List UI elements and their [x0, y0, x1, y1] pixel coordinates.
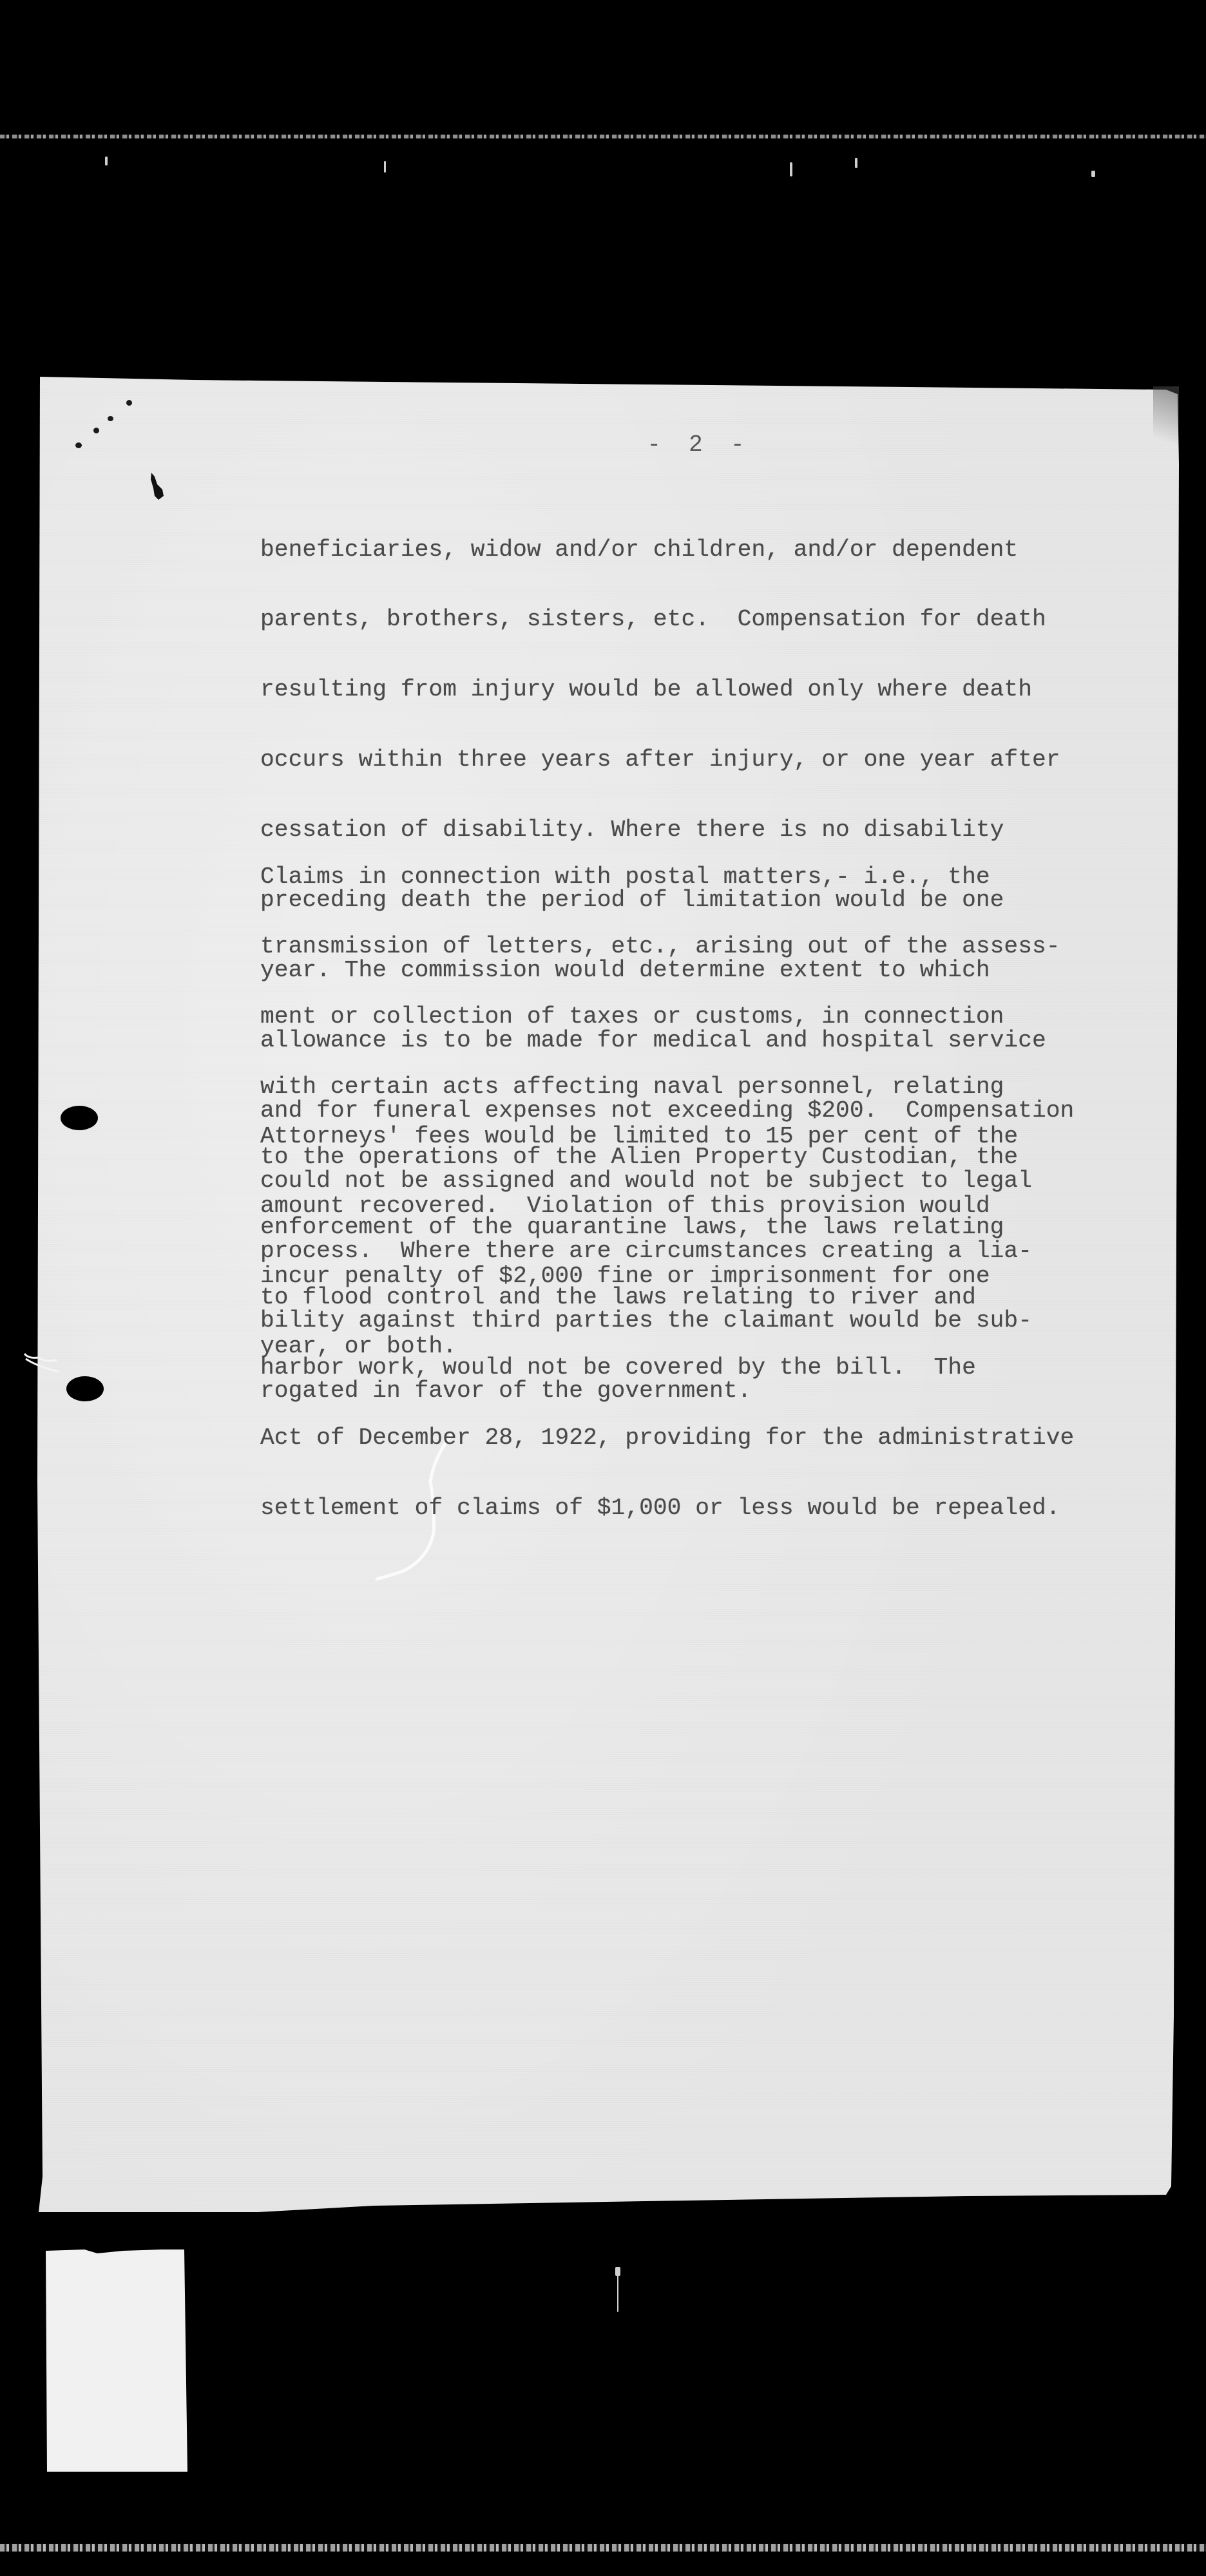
- text-line: resulting from injury would be allowed o…: [260, 678, 1074, 701]
- text-line: amount recovered. Violation of this prov…: [260, 1195, 1018, 1218]
- scratch-mark: [19, 1352, 64, 1378]
- text-line: ment or collection of taxes or customs, …: [260, 1005, 1074, 1028]
- text-line: beneficiaries, widow and/or children, an…: [260, 538, 1074, 562]
- text-line: Attorneys' fees would be limited to 15 p…: [260, 1125, 1018, 1148]
- dust-speck: [105, 156, 108, 166]
- dust-speck: [790, 162, 792, 176]
- staple-hole-icon: [108, 416, 113, 421]
- text-line: Claims in connection with postal matters…: [260, 866, 1074, 889]
- dust-speck: [384, 161, 386, 173]
- dust-speck: [1091, 171, 1095, 177]
- film-target-card: [46, 2249, 187, 2472]
- binder-hole-icon: [61, 1106, 98, 1130]
- dust-speck: [617, 2273, 618, 2312]
- staple-hole-icon: [126, 400, 132, 406]
- ink-blot-mark: [148, 473, 167, 505]
- text-line: transmission of letters, etc., arising o…: [260, 935, 1074, 958]
- film-edge-bottom-stripe: [0, 2544, 1206, 2552]
- text-line: Act of December 28, 1922, providing for …: [260, 1426, 1074, 1450]
- film-edge-top-stripe: [0, 135, 1206, 138]
- binder-hole-icon: [66, 1376, 104, 1401]
- text-line: incur penalty of $2,000 fine or imprison…: [260, 1265, 1018, 1288]
- text-line: parents, brothers, sisters, etc. Compens…: [260, 608, 1074, 631]
- paragraph-attorneys-fees: Attorneys' fees would be limited to 15 p…: [260, 1078, 1018, 1382]
- page-number: - 2 -: [0, 431, 1206, 458]
- text-line: occurs within three years after injury, …: [260, 748, 1074, 772]
- text-line: year, or both.: [260, 1335, 1018, 1358]
- text-line: settlement of claims of $1,000 or less w…: [260, 1497, 1074, 1520]
- dust-speck: [855, 158, 857, 168]
